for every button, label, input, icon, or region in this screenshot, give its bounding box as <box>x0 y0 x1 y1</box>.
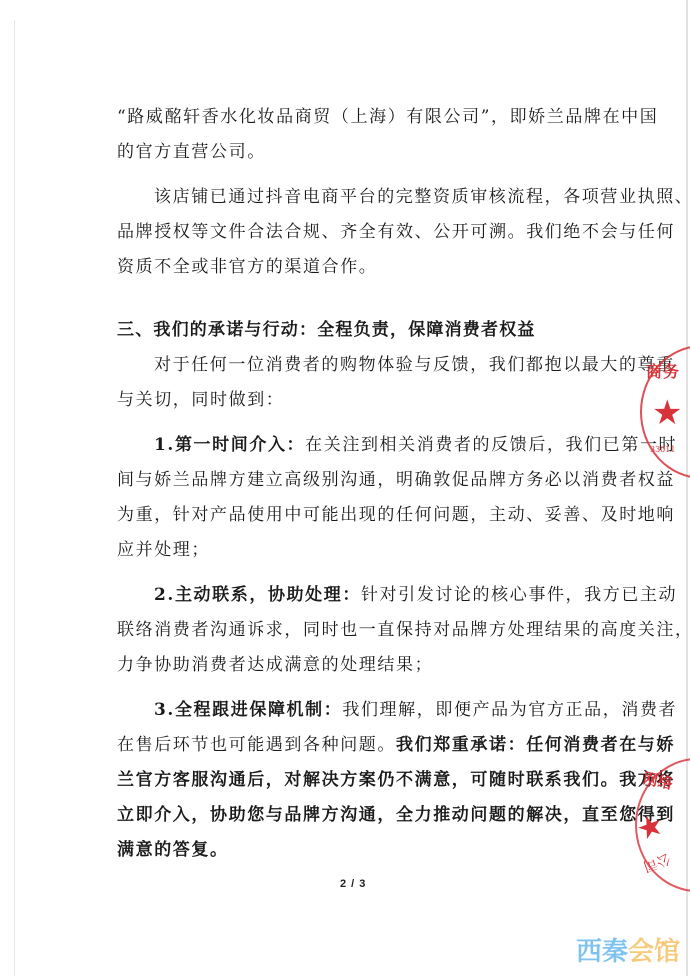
bold-text: 兰官方客服沟通后，对解决方案仍不满意，可随时联系我们。我方将 <box>117 770 675 790</box>
text-line: 对于任何一位消费者的购物体验与反馈，我们都抱以最大的尊重 <box>117 352 587 387</box>
watermark-logo: 西秦会馆 <box>576 931 680 968</box>
text-line: 2.主动联系，协助处理：针对引发讨论的核心事件，我方已主动 <box>117 582 587 617</box>
text-line: 满意的答复。 <box>117 837 587 872</box>
bold-text: 2.主动联系，协助处理： <box>154 585 361 605</box>
page-edge-left <box>14 20 15 976</box>
text-line: 在售后环节也可能遇到各种问题。我们郑重承诺：任何消费者在与娇 <box>117 732 587 767</box>
text-segment: 在售后环节也可能遇到各种问题。 <box>117 735 396 755</box>
text-segment: 我们理解，即便产品为官方正品，消费者 <box>342 700 677 720</box>
text-segment: 应并处理； <box>117 540 210 560</box>
text-segment: 联络消费者沟通诉求，同时也一直保持对品牌方处理结果的高度关注， <box>117 620 690 640</box>
text-segment: 力争协助消费者达成满意的处理结果； <box>117 655 433 675</box>
text-line: 1.第一时间介入：在关注到相关消费者的反馈后，我们已第一时 <box>117 432 587 467</box>
text-line: 该店铺已通过抖音电商平台的完整资质审核流程，各项营业执照、 <box>117 184 587 219</box>
bold-text: 三、我们的承诺与行动：全程负责，保障消费者权益 <box>117 320 536 340</box>
text-segment: 该店铺已通过抖音电商平台的完整资质审核流程，各项营业执照、 <box>154 187 690 207</box>
text-segment: 与关切，同时做到： <box>117 390 284 410</box>
text-line: 资质不全或非官方的渠道合作。 <box>117 254 587 289</box>
text-segment: 品牌授权等文件合法合规、齐全有效、公开可溯。我们绝不会与任何 <box>117 222 675 242</box>
paragraph-gap <box>117 422 587 432</box>
section-heading: 三、我们的承诺与行动：全程负责，保障消费者权益 <box>117 317 587 352</box>
company-seal-top: 商务 ★ 33011 <box>640 345 690 480</box>
text-segment: 对于任何一位消费者的购物体验与反馈，我们都抱以最大的尊重 <box>154 355 675 375</box>
text-line: 力争协助消费者达成满意的处理结果； <box>117 652 587 687</box>
bold-text: 立即介入，协助您与品牌方沟通，全力推动问题的解决，直至您得到 <box>117 805 675 825</box>
text-segment: 针对引发讨论的核心事件，我方已主动 <box>361 585 677 605</box>
seal-text: 商务 <box>646 359 680 382</box>
document-body: “路威酩轩香水化妆品商贸（上海）有限公司”，即娇兰品牌在中国的官方直营公司。该店… <box>117 104 587 872</box>
bold-text: 我们郑重承诺：任何消费者在与娇 <box>396 735 675 755</box>
text-segment: 的官方直营公司。 <box>117 142 266 162</box>
text-segment: 在关注到相关消费者的反馈后，我们已第一时 <box>305 435 677 455</box>
paragraph-gap <box>117 687 587 697</box>
text-segment: 为重，针对产品使用中可能出现的任何问题，主动、妥善、及时地响 <box>117 505 675 525</box>
text-line: 的官方直营公司。 <box>117 139 587 174</box>
paragraph-gap <box>117 289 587 317</box>
paragraph-gap <box>117 174 587 184</box>
page-number: 2 / 3 <box>340 878 366 890</box>
text-line: “路威酩轩香水化妆品商贸（上海）有限公司”，即娇兰品牌在中国 <box>117 104 587 139</box>
watermark-part-b: 会馆 <box>628 937 680 967</box>
seal-number: 33011 <box>650 445 675 454</box>
text-line: 兰官方客服沟通后，对解决方案仍不满意，可随时联系我们。我方将 <box>117 767 587 802</box>
bold-text: 满意的答复。 <box>117 840 229 860</box>
paragraph-gap <box>117 572 587 582</box>
text-line: 与关切，同时做到： <box>117 387 587 422</box>
text-line: 为重，针对产品使用中可能出现的任何问题，主动、妥善、及时地响 <box>117 502 587 537</box>
text-segment: 间与娇兰品牌方建立高级别沟通，明确敦促品牌方务必以消费者权益 <box>117 470 675 490</box>
bold-text: 1.第一时间介入： <box>154 435 305 455</box>
text-line: 立即介入，协助您与品牌方沟通，全力推动问题的解决，直至您得到 <box>117 802 587 837</box>
text-line: 品牌授权等文件合法合规、齐全有效、公开可溯。我们绝不会与任何 <box>117 219 587 254</box>
text-line: 间与娇兰品牌方建立高级别沟通，明确敦促品牌方务必以消费者权益 <box>117 467 587 502</box>
text-segment: “路威酩轩香水化妆品商贸（上海）有限公司”，即娇兰品牌在中国 <box>117 107 658 127</box>
bold-text: 3.全程跟进保障机制： <box>154 700 342 720</box>
star-icon: ★ <box>652 393 682 433</box>
company-seal-bottom: 网络 ★ 公司 <box>635 758 690 893</box>
text-line: 联络消费者沟通诉求，同时也一直保持对品牌方处理结果的高度关注， <box>117 617 587 652</box>
text-line: 3.全程跟进保障机制：我们理解，即便产品为官方正品，消费者 <box>117 697 587 732</box>
watermark-part-a: 西秦 <box>576 937 628 967</box>
text-line: 应并处理； <box>117 537 587 572</box>
text-segment: 资质不全或非官方的渠道合作。 <box>117 257 377 277</box>
